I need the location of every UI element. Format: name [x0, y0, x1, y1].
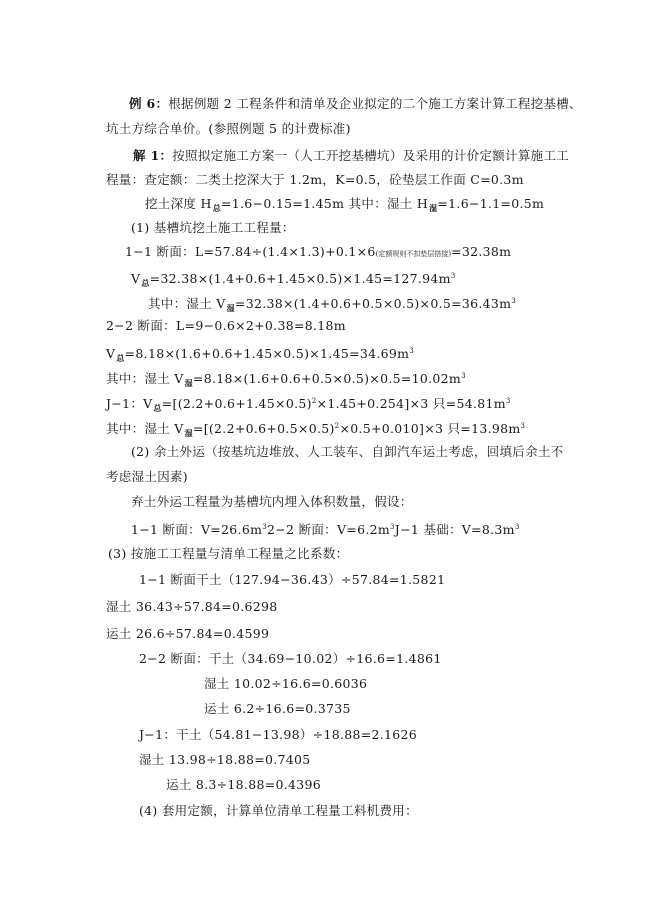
vol-j1: J−1 基础：V=8.3m — [395, 522, 515, 537]
s22-volume-line: V总=8.18×(1.6+0.6+1.45×0.5)×1.45=34.69m3 — [106, 343, 414, 366]
s22-length-line: 2−2 断面：L=9−0.6×2+0.38=8.18m — [106, 318, 346, 334]
wet-label: 其中：湿土 V — [106, 371, 184, 386]
j1-volume-line: J−1：V总=[(2.2+0.6+1.45×0.5)2×1.45+0.254]×… — [106, 393, 511, 416]
s11-volume-value: =32.38×(1.4+0.6+1.45×0.5)×1.45=127.94m — [150, 271, 451, 286]
vol-s11: 1−1 断面：V=26.6m — [131, 522, 262, 537]
superscript-3: 3 — [461, 372, 466, 380]
wet-label: 其中：湿土 V — [106, 421, 184, 436]
v-label: V — [106, 346, 115, 361]
j1-volume-value-a: =[(2.2+0.6+1.45×0.5) — [162, 396, 312, 411]
example-label: 例 6： — [129, 96, 168, 111]
vol-s22: 2−2 断面：V=6.2m — [267, 522, 390, 537]
s22-volume-value: =8.18×(1.6+0.6+1.45×0.5)×1.45=34.69m — [125, 346, 410, 361]
solution-line-1: 解 1：按照拟定施工方案一（人工开挖基槽坑）及采用的计价定额计算施工工 — [133, 148, 569, 164]
depth-text-b: =1.6−0.15=1.45m 其中：湿土 H — [221, 196, 428, 211]
depth-line: 挖土深度 H总=1.6−0.15=1.45m 其中：湿土 H湿=1.6−1.1=… — [145, 196, 544, 216]
solution-line-2: 程量：查定额：二类土挖深大于 1.2m，K=0.5，砼垫层工作面 C=0.3m — [106, 172, 524, 188]
section3-heading: (3) 按施工工程量与清单工程量之比系数： — [108, 546, 348, 562]
example-line-1: 例 6：根据例题 2 工程条件和清单及企业拟定的二个施工方案计算工程挖基槽、 — [129, 96, 582, 112]
j1-wet-value-a: =[(2.2+0.6+0.5×0.5) — [193, 421, 335, 436]
coef-line: 1−1 断面干土（127.94−36.43）÷57.84=1.5821 — [139, 572, 445, 588]
section2-assume-line: 弃土外运工程量为基槽坑内埋入体积数量，假设： — [131, 494, 413, 510]
s11-length-b: =32.38m — [451, 244, 511, 259]
subscript-wet: 湿 — [185, 428, 193, 438]
section2-heading-line-1: (2) 余土外运（按基坑边堆放、人工装车、自卸汽车运土考虑，回填后余土不 — [131, 444, 563, 460]
j1-v-label: J−1：V — [106, 396, 152, 411]
subscript-total: 总 — [213, 203, 221, 213]
s11-volume-line: V总=32.38×(1.4+0.6+1.45×0.5)×1.45=127.94m… — [131, 268, 456, 291]
section1-heading: (1) 基槽坑挖土施工工程量： — [131, 220, 295, 236]
coef-line: 运土 6.2÷16.6=0.3735 — [204, 701, 351, 717]
section2-volumes-line: 1−1 断面：V=26.6m32−2 断面：V=6.2m3J−1 基础：V=8.… — [131, 519, 520, 538]
coef-line: 湿土 36.43÷57.84=0.6298 — [106, 599, 278, 615]
superscript-3: 3 — [511, 297, 516, 305]
subscript-total: 总 — [153, 403, 161, 413]
superscript-3: 3 — [506, 397, 511, 405]
section4-heading: (4) 套用定额，计算单位清单工程量工料机费用： — [139, 803, 418, 819]
coef-line: 运土 26.6÷57.84=0.4599 — [106, 626, 269, 642]
superscript-3: 3 — [451, 272, 456, 280]
coef-line: 湿土 13.98÷18.88=0.7405 — [139, 752, 311, 768]
depth-text-a: 挖土深度 H — [145, 196, 212, 211]
superscript-3: 3 — [515, 523, 520, 531]
j1-wet-line: 其中：湿土 V湿=[(2.2+0.6+0.5×0.5)2×0.5+0.010]×… — [106, 418, 525, 441]
s22-wet-value: =8.18×(1.6+0.6+0.5×0.5)×0.5=10.02m — [193, 371, 461, 386]
wet-label: 其中：湿土 V — [148, 296, 226, 311]
j1-wet-value-b: ×0.5+0.010]×3 只=13.98m — [339, 421, 520, 436]
v-label: V — [131, 271, 140, 286]
coef-line: 2−2 断面：干土（34.69−10.02）÷16.6=1.4861 — [139, 651, 442, 667]
superscript-3: 3 — [521, 422, 526, 430]
coef-line: J−1：干土（54.81−13.98）÷18.88=2.1626 — [139, 727, 417, 743]
subscript-wet: 湿 — [227, 303, 235, 313]
depth-text-c: =1.6−1.1=0.5m — [437, 196, 544, 211]
subscript-total: 总 — [141, 278, 149, 288]
example-line-2: 坑土方综合单价。(参照例题 5 的计费标准) — [106, 121, 351, 137]
section2-heading-line-2: 考虑湿土因素) — [106, 469, 188, 485]
superscript-3: 3 — [409, 347, 414, 355]
s11-length-a: 1−1 断面：L=57.84÷(1.4×1.3)+0.1×6 — [125, 244, 376, 259]
solution-label: 解 1： — [133, 148, 172, 163]
s11-wet-line: 其中：湿土 V湿=32.38×(1.4+0.6+0.5×0.5)×0.5=36.… — [148, 293, 516, 316]
j1-volume-value-b: ×1.45+0.254]×3 只=54.81m — [317, 396, 506, 411]
document-page: 例 6：根据例题 2 工程条件和清单及企业拟定的二个施工方案计算工程挖基槽、 坑… — [0, 0, 652, 921]
subscript-total: 总 — [116, 353, 124, 363]
solution-text: 按照拟定施工方案一（人工开挖基槽坑）及采用的计价定额计算施工工 — [172, 148, 569, 163]
coef-line: 运土 8.3÷18.88=0.4396 — [166, 777, 321, 793]
s11-wet-value: =32.38×(1.4+0.6+0.5×0.5)×0.5=36.43m — [235, 296, 511, 311]
s11-length-note: (定额规则不扣垫层搭接) — [376, 250, 451, 258]
s22-wet-line: 其中：湿土 V湿=8.18×(1.6+0.6+0.5×0.5)×0.5=10.0… — [106, 368, 466, 391]
subscript-wet: 湿 — [185, 378, 193, 388]
s11-length-line: 1−1 断面：L=57.84÷(1.4×1.3)+0.1×6(定额规则不扣垫层搭… — [125, 244, 511, 262]
coef-line: 湿土 10.02÷16.6=0.6036 — [204, 676, 367, 692]
example-text: 根据例题 2 工程条件和清单及企业拟定的二个施工方案计算工程挖基槽、 — [168, 96, 582, 111]
